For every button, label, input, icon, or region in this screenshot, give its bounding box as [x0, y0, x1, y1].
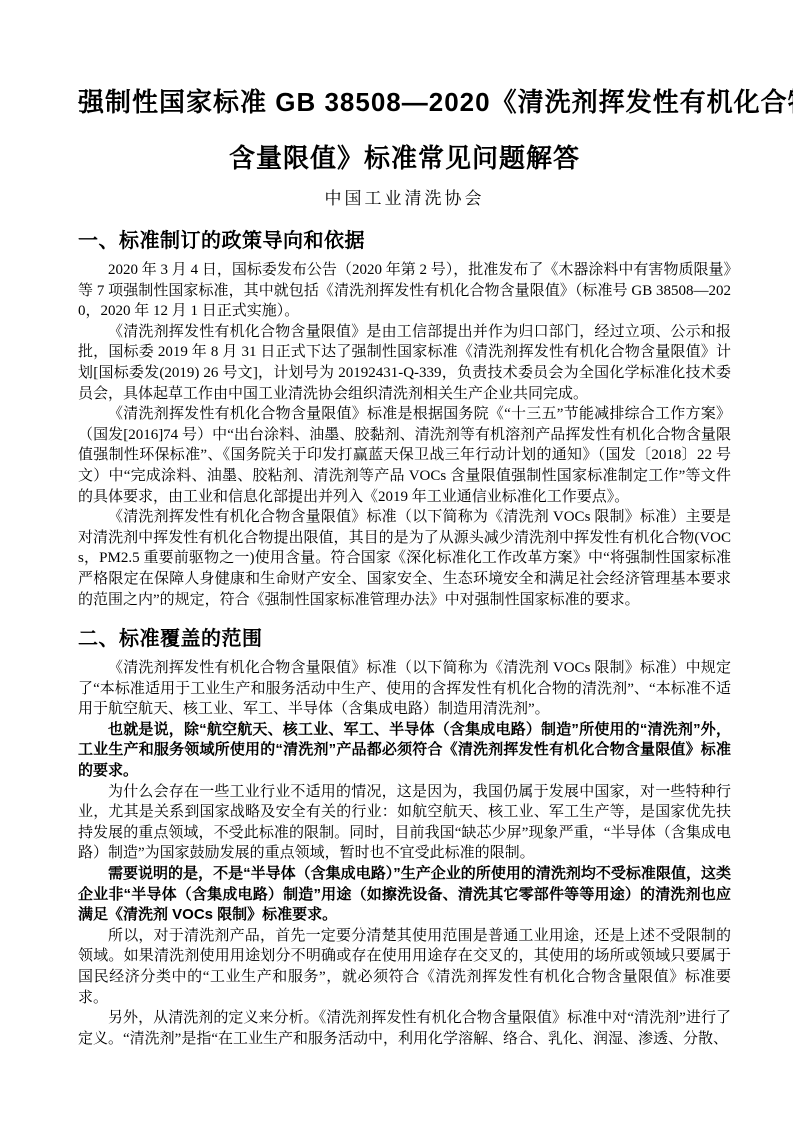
document-page: 强制性国家标准 GB 38508—2020《清洗剂挥发性有机化合物 含量限值》标… [0, 0, 793, 1122]
section-2-paragraph-2-emphasis: 也就是说，除“航空航天、核工业、军工、半导体（含集成电路）制造”所使用的“清洗剂… [78, 720, 731, 782]
document-author: 中国工业清洗协会 [78, 186, 731, 212]
section-2-heading: 二、标准覆盖的范围 [78, 626, 731, 652]
section-1-paragraph-3: 《清洗剂挥发性有机化合物含量限值》标准是根据国务院《“十三五”节能减排综合工作方… [78, 404, 731, 507]
section-1-paragraph-1: 2020 年 3 月 4 日，国标委发布公告（2020 年第 2 号），批准发布… [78, 260, 731, 322]
section-2-paragraph-3: 为什么会存在一些工业行业不适用的情况，这是因为，我国仍属于发展中国家，对一些特种… [78, 782, 731, 864]
section-1-paragraph-2: 《清洗剂挥发性有机化合物含量限值》是由工信部提出并作为归口部门，经过立项、公示和… [78, 322, 731, 404]
section-2-paragraph-1: 《清洗剂挥发性有机化合物含量限值》标准（以下简称为《清洗剂 VOCs 限制》标准… [78, 658, 731, 720]
section-2-paragraph-6: 另外，从清洗剂的定义来分析。《清洗剂挥发性有机化合物含量限值》标准中对“清洗剂”… [78, 1008, 731, 1049]
section-1-paragraph-4: 《清洗剂挥发性有机化合物含量限值》标准（以下简称为《清洗剂 VOCs 限制》标准… [78, 507, 731, 610]
document-title-line-1: 强制性国家标准 GB 38508—2020《清洗剂挥发性有机化合物 [78, 74, 731, 130]
section-2-paragraph-4-emphasis: 需要说明的是，不是“半导体（含集成电路）”生产企业的所使用的清洗剂均不受标准限值… [78, 864, 731, 926]
document-title-line-2: 含量限值》标准常见问题解答 [78, 130, 731, 186]
document-title: 强制性国家标准 GB 38508—2020《清洗剂挥发性有机化合物 含量限值》标… [78, 74, 731, 186]
section-1-heading: 一、标准制订的政策导向和依据 [78, 228, 731, 254]
section-2-paragraph-5: 所以，对于清洗剂产品，首先一定要分清楚其使用范围是普通工业用途，还是上述不受限制… [78, 926, 731, 1008]
